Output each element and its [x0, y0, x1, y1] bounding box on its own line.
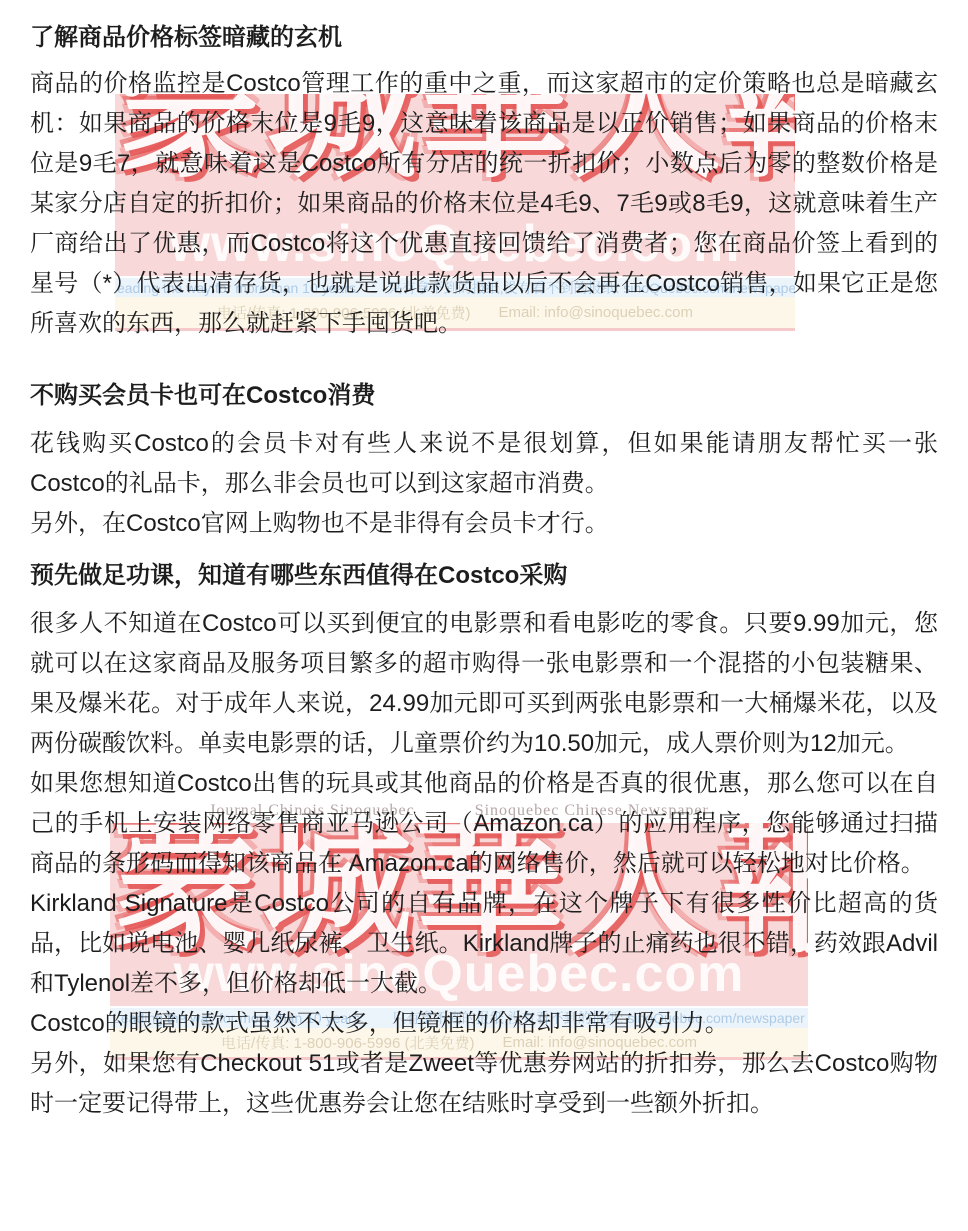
paragraph-kirkland-brand: Kirkland Signature是Costco公司的自有品牌，在这个牌子下有…: [30, 884, 938, 1004]
section-heading-do-homework: 预先做足功课，知道有哪些东西值得在Costco采购: [30, 560, 938, 592]
paragraph-eyeglasses: Costco的眼镜的款式虽然不太多，但镜框的价格却非常有吸引力。: [30, 1004, 938, 1044]
article-body: 了解商品价格标签暗藏的玄机 商品的价格监控是Costco管理工作的重中之重，而这…: [0, 0, 968, 1124]
paragraph-movie-tickets: 很多人不知道在Costco可以买到便宜的电影票和看电影吃的零食。只要9.99加元…: [30, 604, 938, 764]
section-heading-price-tags: 了解商品价格标签暗藏的玄机: [30, 22, 938, 54]
paragraph-gift-card: 花钱购买Costco的会员卡对有些人来说不是很划算，但如果能请朋友帮忙买一张Co…: [30, 424, 938, 504]
section-heading-no-membership: 不购买会员卡也可在Costco消费: [30, 380, 938, 412]
paragraph-online-shopping: 另外，在Costco官网上购物也不是非得有会员卡才行。: [30, 504, 938, 544]
page: 蒙城華人報 www.sinoQuebec.com Leading the way…: [0, 0, 968, 1231]
paragraph-amazon-price-compare: 如果您想知道Costco出售的玩具或其他商品的价格是否真的很优惠，那么您可以在自…: [30, 764, 938, 884]
paragraph-coupon-sites: 另外，如果您有Checkout 51或者是Zweet等优惠券网站的折扣券，那么去…: [30, 1044, 938, 1124]
paragraph-price-tag-secrets: 商品的价格监控是Costco管理工作的重中之重，而这家超市的定价策略也总是暗藏玄…: [30, 64, 938, 344]
